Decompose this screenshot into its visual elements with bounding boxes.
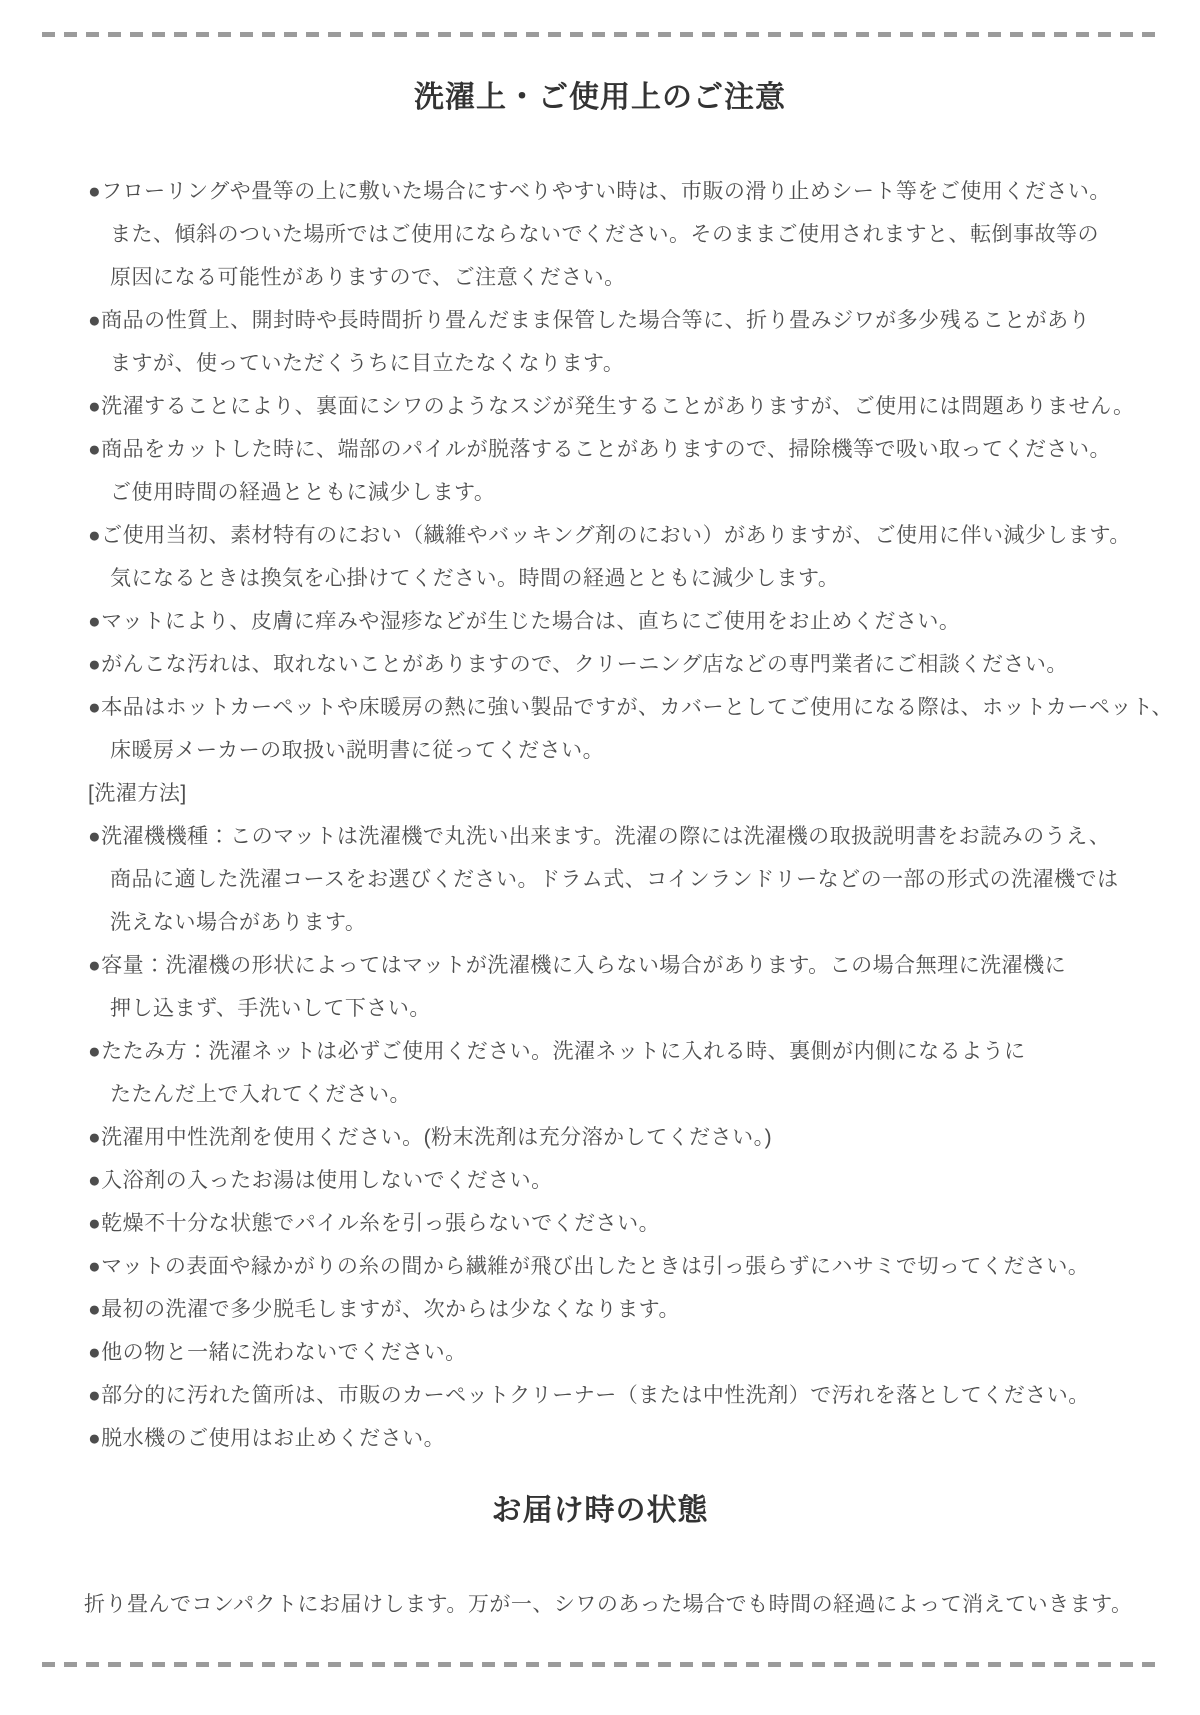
precaution-item: ●がんこな汚れは、取れないことがありますので、クリーニング店などの専門業者にご相… xyxy=(88,643,1185,686)
washing-method-item: ●マットの表面や縁かがりの糸の間から繊維が飛び出したときは引っ張らずにハサミで切… xyxy=(88,1245,1185,1288)
washing-method-item: ●容量：洗濯機の形状によってはマットが洗濯機に入らない場合があります。この場合無… xyxy=(88,944,1185,1030)
precaution-item: ●フローリングや畳等の上に敷いた場合にすべりやすい時は、市販の滑り止めシート等を… xyxy=(88,170,1185,299)
washing-method-item: ●最初の洗濯で多少脱毛しますが、次からは少なくなります。 xyxy=(88,1288,1185,1331)
top-dashed-divider xyxy=(42,32,1158,37)
washing-method-item: ●入浴剤の入ったお湯は使用しないでください。 xyxy=(88,1159,1185,1202)
washing-method-list: ●洗濯機機種：このマットは洗濯機で丸洗い出来ます。洗濯の際には洗濯機の取扱説明書… xyxy=(88,815,1185,1460)
washing-method-item: ●部分的に汚れた箇所は、市販のカーペットクリーナー（または中性洗剤）で汚れを落と… xyxy=(88,1374,1185,1417)
delivery-state-text: 折り畳んでコンパクトにお届けします。万が一、シワのあった場合でも時間の経過によっ… xyxy=(84,1583,1185,1626)
precaution-item: ●ご使用当初、素材特有のにおい（繊維やバッキング剤のにおい）がありますが、ご使用… xyxy=(88,514,1185,600)
washing-precautions-title: 洗濯上・ご使用上のご注意 xyxy=(0,83,1200,113)
precaution-item: ●洗濯することにより、裏面にシワのようなスジが発生することがありますが、ご使用に… xyxy=(88,385,1185,428)
care-instructions-page: 洗濯上・ご使用上のご注意 ●フローリングや畳等の上に敷いた場合にすべりやすい時は… xyxy=(0,32,1200,1710)
precaution-item: ●商品の性質上、開封時や長時間折り畳んだまま保管した場合等に、折り畳みジワが多少… xyxy=(88,299,1185,385)
bottom-dashed-divider xyxy=(42,1662,1158,1667)
precaution-item: ●本品はホットカーペットや床暖房の熱に強い製品ですが、カバーとしてご使用になる際… xyxy=(88,686,1185,772)
precautions-list: ●フローリングや畳等の上に敷いた場合にすべりやすい時は、市販の滑り止めシート等を… xyxy=(88,170,1185,772)
washing-method-item: ●洗濯用中性洗剤を使用ください。(粉末洗剤は充分溶かしてください。) xyxy=(88,1116,1185,1159)
washing-method-section: [洗濯方法] xyxy=(88,772,1185,815)
precaution-item: ●マットにより、皮膚に痒みや湿疹などが生じた場合は、直ちにご使用をお止めください… xyxy=(88,600,1185,643)
washing-method-item: ●洗濯機機種：このマットは洗濯機で丸洗い出来ます。洗濯の際には洗濯機の取扱説明書… xyxy=(88,815,1185,944)
washing-method-item: ●たたみ方：洗濯ネットは必ずご使用ください。洗濯ネットに入れる時、裏側が内側にな… xyxy=(88,1030,1185,1116)
delivery-state-title: お届け時の状態 xyxy=(0,1496,1200,1526)
washing-method-item: ●他の物と一緒に洗わないでください。 xyxy=(88,1331,1185,1374)
washing-method-item: ●脱水機のご使用はお止めください。 xyxy=(88,1417,1185,1460)
washing-method-item: ●乾燥不十分な状態でパイル糸を引っ張らないでください。 xyxy=(88,1202,1185,1245)
washing-method-label: [洗濯方法] xyxy=(88,772,1185,815)
precaution-item: ●商品をカットした時に、端部のパイルが脱落することがありますので、掃除機等で吸い… xyxy=(88,428,1185,514)
